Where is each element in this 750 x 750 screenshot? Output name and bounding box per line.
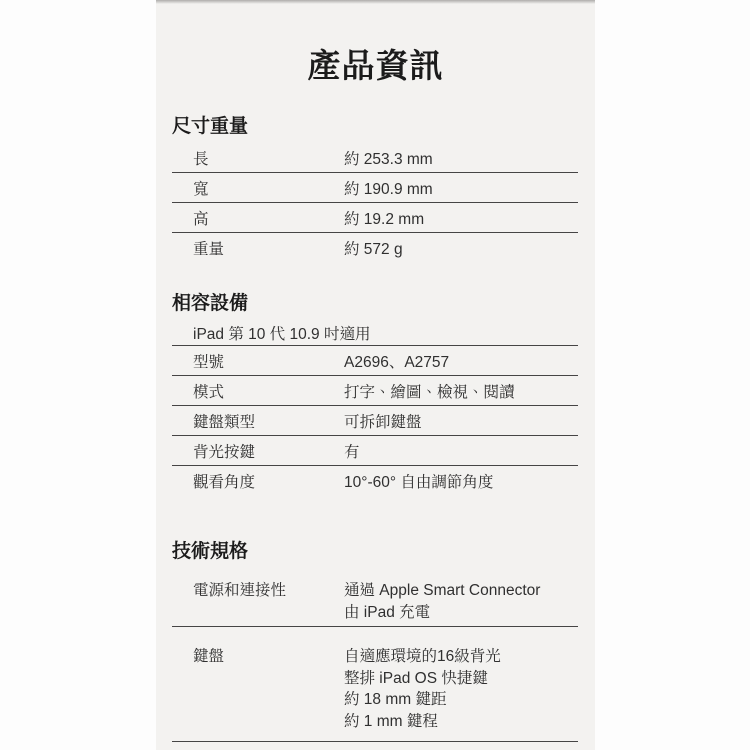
spec-row: 重量約 572 g	[172, 233, 578, 262]
intro-row: iPad 第 10 代 10.9 吋適用	[172, 320, 578, 346]
spec-value-line: 約 18 mm 鍵距	[344, 689, 578, 711]
product-info-page: 產品資訊 尺寸重量長約 253.3 mm寬約 190.9 mm高約 19.2 m…	[0, 0, 750, 750]
spec-value: 可拆卸鍵盤	[344, 410, 578, 432]
sections-container: 尺寸重量長約 253.3 mm寬約 190.9 mm高約 19.2 mm重量約 …	[156, 114, 595, 742]
spec-value: A2696、A2757	[344, 350, 578, 372]
spec-row: 寬約 190.9 mm	[172, 173, 578, 203]
spec-row: 鍵盤類型可拆卸鍵盤	[172, 406, 578, 436]
spec-value: 打字、繪圖、檢視、閱讀	[344, 380, 578, 402]
spec-value: 約 19.2 mm	[344, 207, 578, 229]
spec-table-dimensions: 長約 253.3 mm寬約 190.9 mm高約 19.2 mm重量約 572 …	[172, 143, 578, 262]
top-shadow-divider	[156, 0, 595, 4]
spec-row: 模式打字、繪圖、檢視、閱讀	[172, 376, 578, 406]
spec-row: 型號A2696、A2757	[172, 346, 578, 376]
section-header-tech: 技術規格	[172, 539, 595, 565]
spec-row: 高約 19.2 mm	[172, 203, 578, 233]
spec-table-compatibility: iPad 第 10 代 10.9 吋適用型號A2696、A2757模式打字、繪圖…	[172, 320, 578, 495]
spec-label: 型號	[172, 350, 344, 372]
spec-value-line: 通過 Apple Smart Connector	[344, 580, 578, 602]
spec-label: 重量	[172, 237, 344, 259]
spec-label: 電源和連接性	[172, 580, 344, 602]
spec-value: 約 190.9 mm	[344, 177, 578, 199]
spec-value-line: 整排 iPad OS 快捷鍵	[344, 668, 578, 690]
section-compatibility: 相容設備iPad 第 10 代 10.9 吋適用型號A2696、A2757模式打…	[156, 291, 595, 495]
spec-label: 背光按鍵	[172, 440, 344, 462]
spec-label: 觀看角度	[172, 470, 344, 492]
spec-label: 模式	[172, 380, 344, 402]
spec-label: 寬	[172, 177, 344, 199]
spec-row: 觀看角度10°-60° 自由調節角度	[172, 466, 578, 495]
page-title: 產品資訊	[156, 22, 595, 86]
spec-value-line: 約 1 mm 鍵程	[344, 711, 578, 733]
spec-value: 10°-60° 自由調節角度	[344, 470, 578, 492]
spec-label: 鍵盤	[172, 646, 344, 668]
spec-value: 約 572 g	[344, 237, 578, 259]
spec-label: 長	[172, 147, 344, 169]
spec-value: 通過 Apple Smart Connector由 iPad 充電	[344, 580, 578, 623]
section-header-compatibility: 相容設備	[172, 291, 595, 317]
spec-value: 自適應環境的16級背光整排 iPad OS 快捷鍵約 18 mm 鍵距約 1 m…	[344, 646, 578, 732]
section-dimensions: 尺寸重量長約 253.3 mm寬約 190.9 mm高約 19.2 mm重量約 …	[156, 114, 595, 262]
spec-table-tech: 電源和連接性通過 Apple Smart Connector由 iPad 充電鍵…	[172, 580, 578, 742]
spec-label: 鍵盤類型	[172, 410, 344, 432]
spec-value-line: 由 iPad 充電	[344, 602, 578, 624]
spec-value: 有	[344, 440, 578, 462]
spec-value: 約 253.3 mm	[344, 147, 578, 169]
spec-row: 背光按鍵有	[172, 436, 578, 466]
spec-row: 電源和連接性通過 Apple Smart Connector由 iPad 充電	[172, 580, 578, 627]
section-header-dimensions: 尺寸重量	[172, 114, 595, 140]
spec-label: 高	[172, 207, 344, 229]
spec-value-line: 自適應環境的16級背光	[344, 646, 578, 668]
spec-row: 長約 253.3 mm	[172, 143, 578, 173]
spec-row: 鍵盤自適應環境的16級背光整排 iPad OS 快捷鍵約 18 mm 鍵距約 1…	[172, 627, 578, 742]
content-panel: 產品資訊 尺寸重量長約 253.3 mm寬約 190.9 mm高約 19.2 m…	[156, 0, 595, 750]
section-tech: 技術規格電源和連接性通過 Apple Smart Connector由 iPad…	[156, 539, 595, 742]
